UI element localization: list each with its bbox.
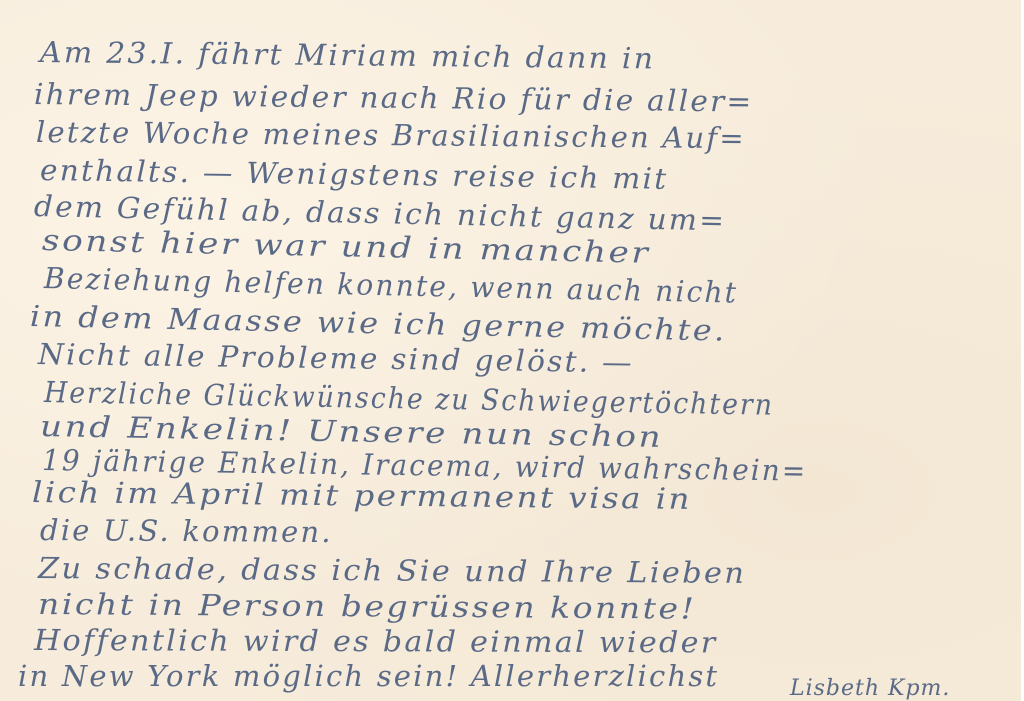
signature: Lisbeth Kpm. (790, 676, 950, 701)
text-line-13: lich im April mit permanent visa in (32, 478, 692, 514)
handwritten-text: Am 23.I. fährt Miriam mich dann in ihrem… (0, 0, 1024, 701)
text-line-15: Zu schade, dass ich Sie und Ihre Lieben (38, 554, 746, 588)
text-line-14: die U.S. kommen. (40, 516, 333, 547)
text-line-3: letzte Woche meines Brasilianischen Auf= (36, 118, 746, 153)
postcard: Am 23.I. fährt Miriam mich dann in ihrem… (0, 0, 1024, 701)
text-line-16: nicht in Person begrüssen konnte! (38, 590, 697, 624)
text-line-18: in New York möglich sein! Allerherzlichs… (18, 662, 719, 691)
text-line-4: enthalts. — Wenigstens reise ich mit (40, 156, 669, 194)
text-line-17: Hoffentlich wird es bald einmal wieder (34, 626, 718, 657)
text-line-2: ihrem Jeep wieder nach Rio für die aller… (34, 80, 754, 117)
text-line-1: Am 23.I. fährt Miriam mich dann in (40, 38, 656, 73)
text-line-9: Nicht alle Probleme sind gelöst. — (38, 340, 634, 377)
